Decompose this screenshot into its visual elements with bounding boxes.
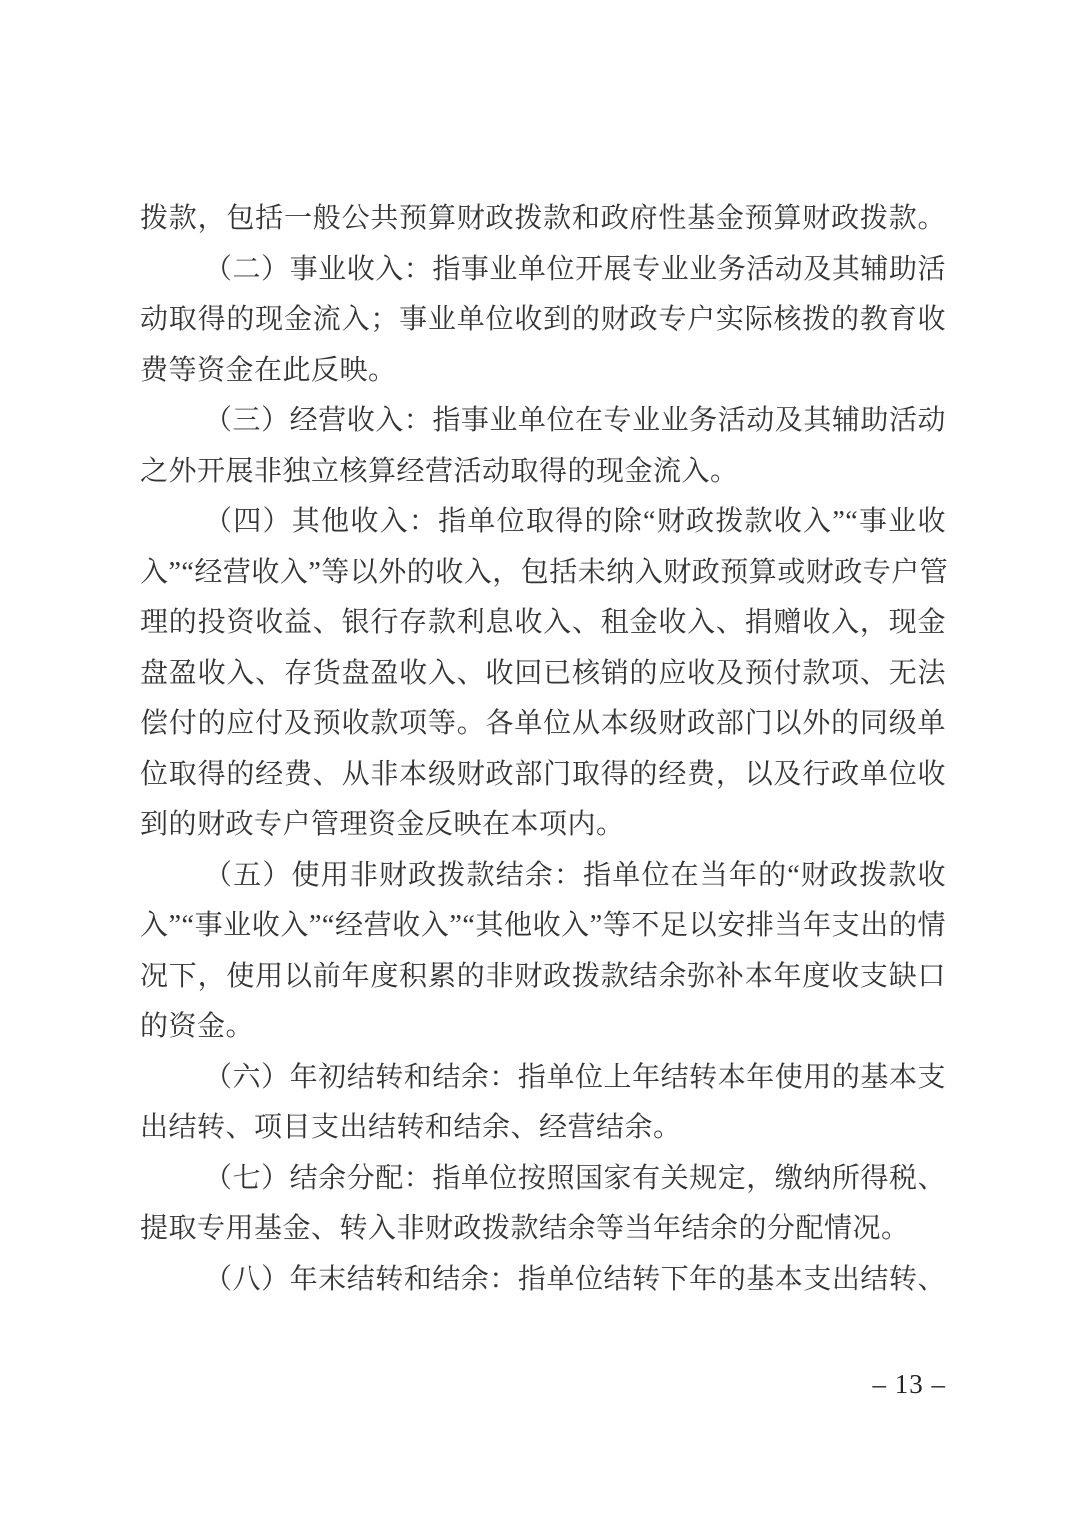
text-line: 盘盈收入、存货盘盈收入、收回已核销的应收及预付款项、无法 (140, 649, 946, 700)
text-line: 到的财政专户管理资金反映在本项内。 (140, 800, 946, 851)
text-line: （二）事业收入：指事业单位开展专业业务活动及其辅助活 (140, 245, 946, 296)
text-line: 入”“经营收入”等以外的收入，包括未纳入财政预算或财政专户管 (140, 548, 946, 599)
text-line: 偿付的应付及预收款项等。各单位从本级财政部门以外的同级单 (140, 699, 946, 750)
text-line: 位取得的经费、从非本级财政部门取得的经费，以及行政单位收 (140, 750, 946, 801)
text-line: （三）经营收入：指事业单位在专业业务活动及其辅助活动 (140, 396, 946, 447)
text-line: 费等资金在此反映。 (140, 346, 946, 397)
text-line: 动取得的现金流入；事业单位收到的财政专户实际核拨的教育收 (140, 295, 946, 346)
text-line: 理的投资收益、银行存款利息收入、租金收入、捐赠收入，现金 (140, 598, 946, 649)
text-line: 之外开展非独立核算经营活动取得的现金流入。 (140, 447, 946, 498)
document-page: 拨款，包括一般公共预算财政拨款和政府性基金预算财政拨款。 （二）事业收入：指事业… (0, 0, 1075, 1520)
text-line: （七）结余分配：指单位按照国家有关规定，缴纳所得税、 (140, 1154, 946, 1205)
text-line: （四）其他收入：指单位取得的除“财政拨款收入”“事业收 (140, 497, 946, 548)
text-line: 的资金。 (140, 1002, 946, 1053)
text-line: 提取专用基金、转入非财政拨款结余等当年结余的分配情况。 (140, 1204, 946, 1255)
text-line: （五）使用非财政拨款结余：指单位在当年的“财政拨款收 (140, 851, 946, 902)
text-line: 拨款，包括一般公共预算财政拨款和政府性基金预算财政拨款。 (140, 194, 946, 245)
text-line: （六）年初结转和结余：指单位上年结转本年使用的基本支 (140, 1053, 946, 1104)
text-line: 况下，使用以前年度积累的非财政拨款结余弥补本年度收支缺口 (140, 952, 946, 1003)
text-line: （八）年末结转和结余：指单位结转下年的基本支出结转、 (140, 1255, 946, 1306)
page-number: – 13 – (140, 1368, 946, 1400)
text-line: 入”“事业收入”“经营收入”“其他收入”等不足以安排当年支出的情 (140, 901, 946, 952)
text-line: 出结转、项目支出结转和结余、经营结余。 (140, 1103, 946, 1154)
body-text: 拨款，包括一般公共预算财政拨款和政府性基金预算财政拨款。 （二）事业收入：指事业… (140, 194, 946, 1305)
